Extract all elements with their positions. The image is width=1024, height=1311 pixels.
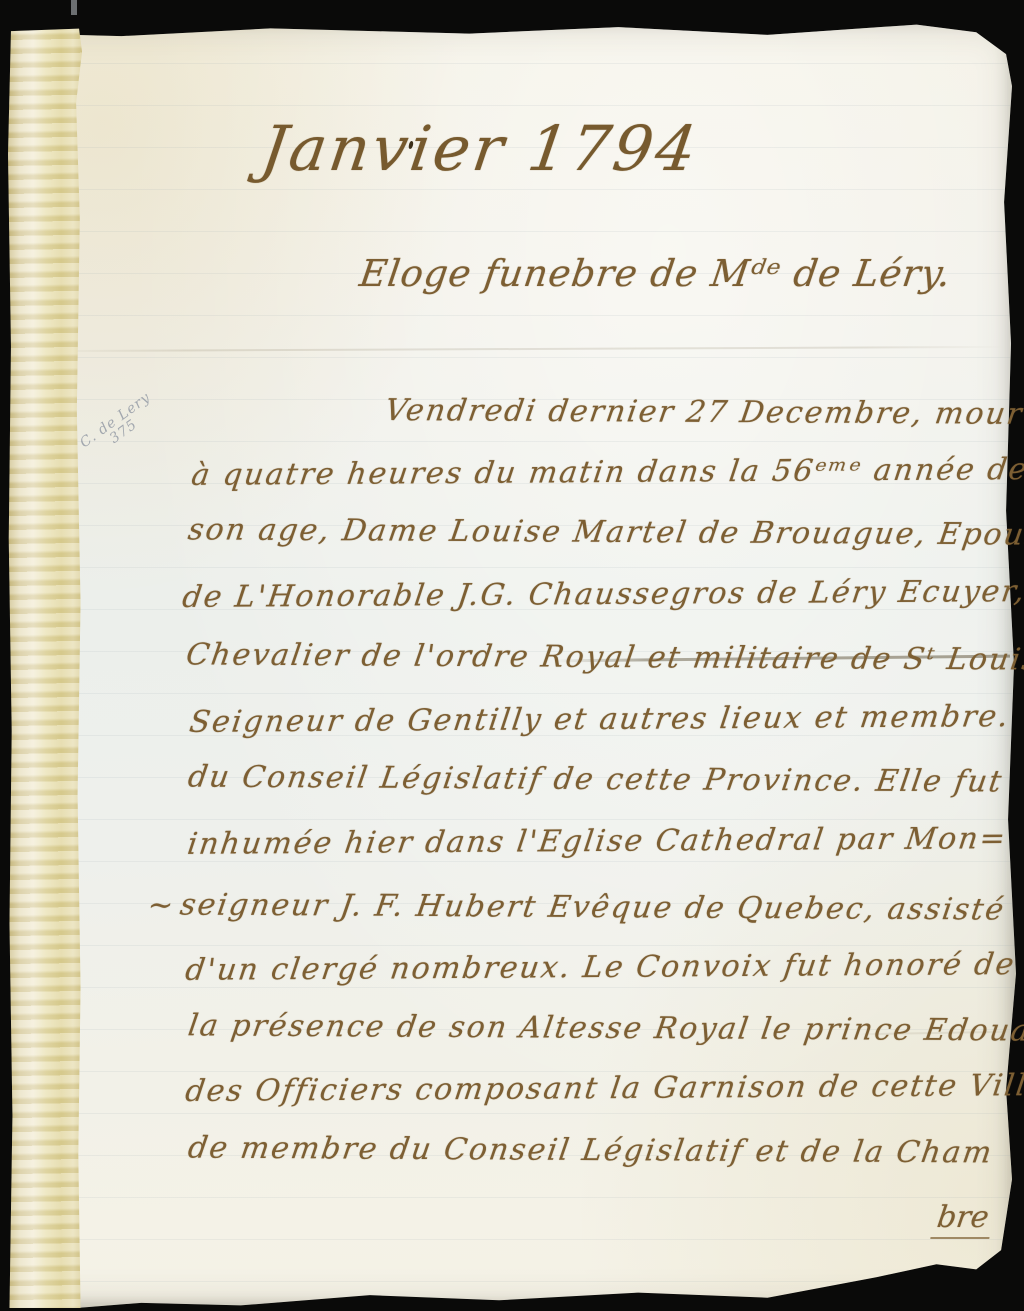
manuscript-line: du Conseil Législatif de cette Province.… [186,760,1006,800]
tape-strip [8,26,82,1308]
catchword: bre [930,1200,995,1239]
manuscript-line: la présence de son Altesse Royal le prin… [186,1008,1024,1048]
continuation-mark: ~ [146,888,176,923]
manuscript-line: inhumée hier dans l'Eglise Cathedral par… [185,821,1009,862]
manuscript-line: son age, Dame Louise Martel de Brouague,… [186,512,1024,552]
manuscript-line: de L'Honorable J.G. Chaussegros de Léry … [180,574,1024,615]
manuscript-line: seigneur J. F. Hubert Evêque de Quebec, … [178,887,1008,927]
manuscript-line: des Officiers composant la Garnison de c… [183,1068,1024,1109]
manuscript-line: Chevalier de l'ordre Royal et militaire … [184,637,1024,677]
manuscript-line: à quatre heures du matin dans la 56ᵉᵐᵉ a… [189,452,1024,493]
scanner-background: Janvier 1794 Eloge funebre de Mᵈᵉ de Lér… [0,0,1024,1311]
manuscript-line: Seigneur de Gentilly et autres lieux et … [187,699,1012,740]
page-title: Janvier 1794 [257,112,704,185]
manuscript-line: d'un clergé nombreux. Le Convoix fut hon… [183,947,1018,988]
manuscript-line: de membre du Conseil Législatif et de la… [186,1131,996,1171]
subtitle-line: Eloge funebre de Mᵈᵉ de Léry. [357,252,954,295]
scan-artifact [71,0,77,15]
manuscript-line: Vendredi dernier 27 Decembre, mourut [383,393,1024,432]
